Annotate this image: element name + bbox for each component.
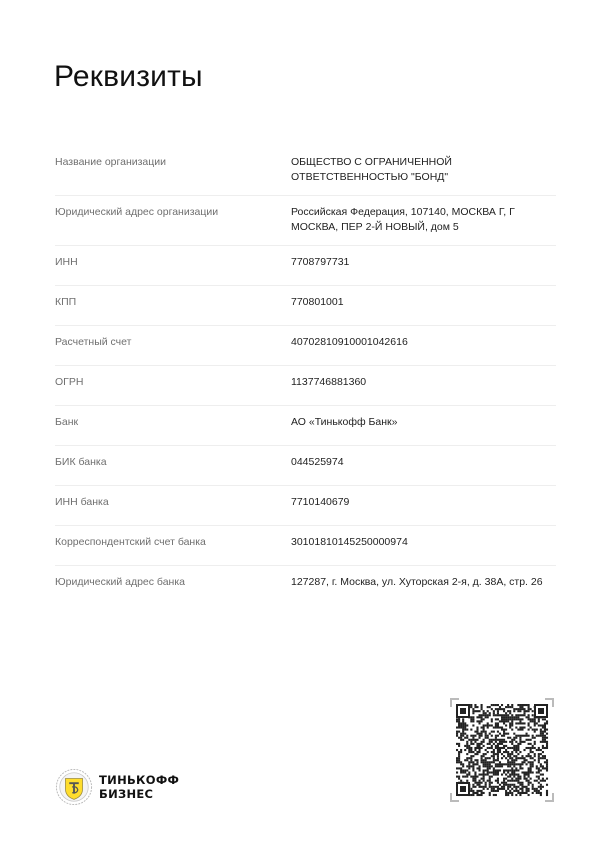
logo-wordmark: ТИНЬКОФФ БИЗНЕС bbox=[99, 773, 179, 801]
tinkoff-business-logo: ТИНЬКОФФ БИЗНЕС bbox=[55, 768, 179, 806]
row-kpp: КПП 770801001 bbox=[55, 286, 556, 326]
label-org-name: Название организации bbox=[55, 155, 291, 185]
value-bank: АО «Тинькофф Банк» bbox=[291, 415, 556, 435]
row-org-name: Название организации ОБЩЕСТВО С ОГРАНИЧЕ… bbox=[55, 146, 556, 196]
tinkoff-emblem-icon bbox=[55, 768, 93, 806]
row-bank-address: Юридический адрес банка 127287, г. Москв… bbox=[55, 566, 556, 605]
value-account: 40702810910001042616 bbox=[291, 335, 556, 355]
label-account: Расчетный счет bbox=[55, 335, 291, 355]
page-title: Реквизиты bbox=[54, 60, 203, 94]
label-inn: ИНН bbox=[55, 255, 291, 275]
value-bank-inn: 7710140679 bbox=[291, 495, 556, 515]
logo-line-1: ТИНЬКОФФ bbox=[99, 773, 179, 787]
value-bank-address: 127287, г. Москва, ул. Хуторская 2-я, д.… bbox=[291, 575, 556, 595]
logo-line-2: БИЗНЕС bbox=[99, 787, 179, 801]
value-bik: 044525974 bbox=[291, 455, 556, 475]
value-kpp: 770801001 bbox=[291, 295, 556, 315]
value-inn: 7708797731 bbox=[291, 255, 556, 275]
requisites-table: Название организации ОБЩЕСТВО С ОГРАНИЧЕ… bbox=[55, 146, 556, 605]
row-corr-account: Корреспондентский счет банка 30101810145… bbox=[55, 526, 556, 566]
row-bank-inn: ИНН банка 7710140679 bbox=[55, 486, 556, 526]
row-bank: Банк АО «Тинькофф Банк» bbox=[55, 406, 556, 446]
label-bik: БИК банка bbox=[55, 455, 291, 475]
row-org-address: Юридический адрес организации Российская… bbox=[55, 196, 556, 246]
label-ogrn: ОГРН bbox=[55, 375, 291, 395]
label-corr-account: Корреспондентский счет банка bbox=[55, 535, 291, 555]
label-bank-address: Юридический адрес банка bbox=[55, 575, 291, 595]
label-kpp: КПП bbox=[55, 295, 291, 315]
value-ogrn: 1137746881360 bbox=[291, 375, 556, 395]
value-org-address: Российская Федерация, 107140, МОСКВА Г, … bbox=[291, 205, 556, 235]
row-account: Расчетный счет 40702810910001042616 bbox=[55, 326, 556, 366]
row-ogrn: ОГРН 1137746881360 bbox=[55, 366, 556, 406]
value-org-name: ОБЩЕСТВО С ОГРАНИЧЕННОЙ ОТВЕТСТВЕННОСТЬЮ… bbox=[291, 155, 556, 185]
qr-code-icon bbox=[450, 698, 554, 802]
value-corr-account: 30101810145250000974 bbox=[291, 535, 556, 555]
label-org-address: Юридический адрес организации bbox=[55, 205, 291, 235]
row-bik: БИК банка 044525974 bbox=[55, 446, 556, 486]
row-inn: ИНН 7708797731 bbox=[55, 246, 556, 286]
label-bank-inn: ИНН банка bbox=[55, 495, 291, 515]
label-bank: Банк bbox=[55, 415, 291, 435]
